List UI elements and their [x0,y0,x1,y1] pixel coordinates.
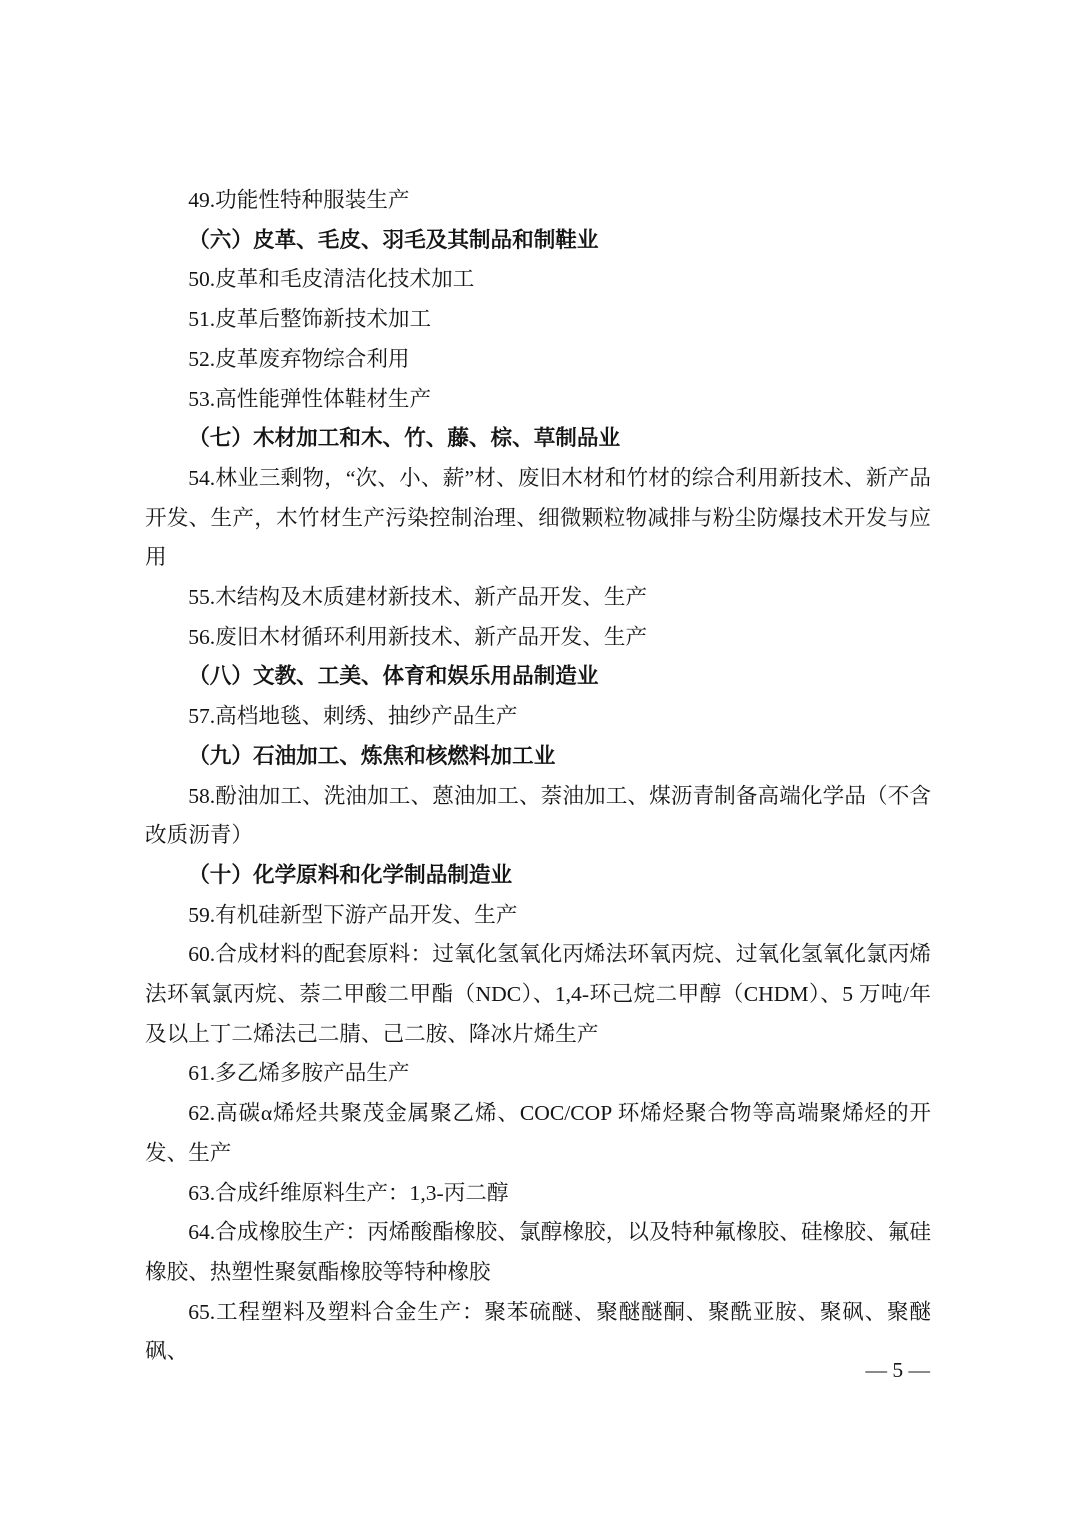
section-heading-9: （九）石油加工、炼焦和核燃料加工业 [145,737,931,777]
list-item-62: 62.高碳α烯烃共聚茂金属聚乙烯、COC/COP 环烯烃聚合物等高端聚烯烃的开发… [145,1094,931,1173]
list-item-58: 58.酚油加工、洗油加工、蒽油加工、萘油加工、煤沥青制备高端化学品（不含改质沥青… [145,777,931,856]
list-item-54: 54.林业三剩物，“次、小、薪”材、废旧木材和竹材的综合利用新技术、新产品开发、… [145,459,931,578]
list-item-61: 61.多乙烯多胺产品生产 [145,1054,931,1094]
list-item-56: 56.废旧木材循环利用新技术、新产品开发、生产 [145,618,931,658]
page-number: — 5 — [866,1351,931,1391]
list-item-59: 59.有机硅新型下游产品开发、生产 [145,896,931,936]
list-item-60: 60.合成材料的配套原料：过氧化氢氧化丙烯法环氧丙烷、过氧化氢氧化氯丙烯法环氧氯… [145,935,931,1054]
list-item-55: 55.木结构及木质建材新技术、新产品开发、生产 [145,578,931,618]
document-body: 49.功能性特种服装生产 （六）皮革、毛皮、羽毛及其制品和制鞋业 50.皮革和毛… [145,181,931,1372]
list-item-57: 57.高档地毯、刺绣、抽纱产品生产 [145,697,931,737]
list-item-53: 53.高性能弹性体鞋材生产 [145,380,931,420]
list-item-51: 51.皮革后整饰新技术加工 [145,300,931,340]
document-page: 49.功能性特种服装生产 （六）皮革、毛皮、羽毛及其制品和制鞋业 50.皮革和毛… [0,0,1074,1520]
section-heading-6: （六）皮革、毛皮、羽毛及其制品和制鞋业 [145,221,931,261]
section-heading-10: （十）化学原料和化学制品制造业 [145,856,931,896]
section-heading-7: （七）木材加工和木、竹、藤、棕、草制品业 [145,419,931,459]
list-item-65: 65.工程塑料及塑料合金生产：聚苯硫醚、聚醚醚酮、聚酰亚胺、聚砜、聚醚砜、 [145,1293,931,1372]
list-item-52: 52.皮革废弃物综合利用 [145,340,931,380]
list-item-50: 50.皮革和毛皮清洁化技术加工 [145,260,931,300]
list-item-64: 64.合成橡胶生产：丙烯酸酯橡胶、氯醇橡胶，以及特种氟橡胶、硅橡胶、氟硅橡胶、热… [145,1213,931,1292]
section-heading-8: （八）文教、工美、体育和娱乐用品制造业 [145,657,931,697]
list-item-49: 49.功能性特种服装生产 [145,181,931,221]
list-item-63: 63.合成纤维原料生产：1,3-丙二醇 [145,1174,931,1214]
